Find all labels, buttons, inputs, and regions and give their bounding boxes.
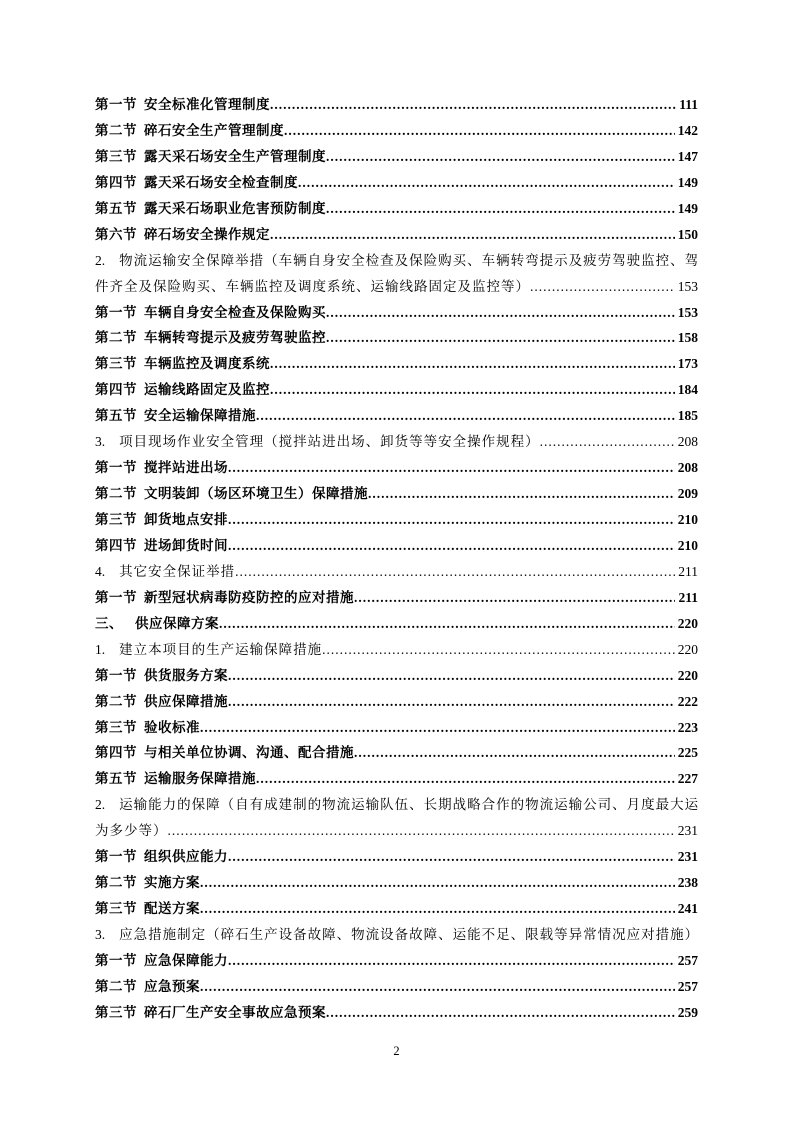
toc-entry-number: 第五节 xyxy=(95,196,137,222)
toc-entry[interactable]: 第六节碎石场安全操作规定150 xyxy=(95,222,698,248)
toc-entry[interactable]: 第三节露天采石场安全生产管理制度147 xyxy=(95,144,698,170)
toc-entry-number: 第二节 xyxy=(95,974,137,1000)
toc-entry[interactable]: 3.应急措施制定（碎石生产设备故障、物流设备故障、运能不足、限载等异常情况应对措… xyxy=(95,922,698,948)
toc-leader-dots xyxy=(326,196,675,222)
toc-entry-title: 物流运输安全保障举措（车辆自身安全检查及保险购买、车辆转弯提示及疲劳驾驶监控、驾… xyxy=(119,253,698,268)
toc-entry-number: 第三节 xyxy=(95,507,137,533)
toc-entry-number: 第一节 xyxy=(95,585,137,611)
toc-entry-page-number: 147 xyxy=(675,144,698,170)
toc-entry[interactable]: 第一节应急保障能力257 xyxy=(95,948,698,974)
toc-entry-title-continued: 为多少等） xyxy=(95,818,168,844)
toc-entry-number: 第一节 xyxy=(95,92,137,118)
toc-entry-title: 项目现场作业安全管理（搅拌站进出场、卸货等等安全操作规程） xyxy=(119,429,540,455)
toc-entry-number: 第六节 xyxy=(95,222,137,248)
toc-entry-title: 组织供应能力 xyxy=(144,844,228,870)
toc-entry-number: 第四节 xyxy=(95,533,137,559)
toc-entry[interactable]: 第二节车辆转弯提示及疲劳驾驶监控158 xyxy=(95,325,698,351)
toc-entry-page-number: 227 xyxy=(675,766,698,792)
toc-entry[interactable]: 第一节搅拌站进出场208 xyxy=(95,455,698,481)
page-footer: 2 xyxy=(0,1038,793,1064)
toc-entry-page-number: 150 xyxy=(675,222,698,248)
toc-entry-title: 碎石场安全操作规定 xyxy=(144,222,270,248)
toc-entry-number: 第二节 xyxy=(95,689,137,715)
toc-entry-number: 第三节 xyxy=(95,144,137,170)
toc-entry-title: 实施方案 xyxy=(144,870,200,896)
toc-leader-dots xyxy=(284,118,675,144)
toc-entry[interactable]: 第四节进场卸货时间210 xyxy=(95,533,698,559)
toc-entry-title: 应急预案 xyxy=(144,974,200,1000)
toc-entry-title: 卸货地点安排 xyxy=(144,507,228,533)
toc-leader-dots xyxy=(326,144,675,170)
toc-entry-number: 第三节 xyxy=(95,351,137,377)
toc-entry-title: 应急保障能力 xyxy=(144,948,228,974)
toc-entry[interactable]: 第五节运输服务保障措施227 xyxy=(95,766,698,792)
toc-entry-number: 第一节 xyxy=(95,948,137,974)
toc-entry-number: 3. xyxy=(95,922,105,948)
toc-entry-page-number: 210 xyxy=(675,507,698,533)
toc-entry-number: 三、 xyxy=(95,611,123,637)
toc-entry-number: 第五节 xyxy=(95,403,137,429)
toc-entry-page-number: 111 xyxy=(676,92,698,118)
toc-entry-number: 第二节 xyxy=(95,870,137,896)
toc-entry[interactable]: 第四节运输线路固定及监控184 xyxy=(95,377,698,403)
toc-entry-number: 第一节 xyxy=(95,300,137,326)
toc-entry-page-number: 238 xyxy=(675,870,698,896)
toc-entry-title: 供应保障方案 xyxy=(135,611,219,637)
toc-entry[interactable]: 第一节车辆自身安全检查及保险购买153 xyxy=(95,300,698,326)
toc-leader-dots xyxy=(219,611,675,637)
toc-entry[interactable]: 第一节安全标准化管理制度111 xyxy=(95,92,698,118)
toc-leader-dots xyxy=(228,948,675,974)
toc-entry[interactable]: 第四节与相关单位协调、沟通、配合措施225 xyxy=(95,740,698,766)
toc-entry-number: 第四节 xyxy=(95,377,137,403)
toc-entry[interactable]: 第三节车辆监控及调度系统173 xyxy=(95,351,698,377)
toc-entry-title: 应急措施制定（碎石生产设备故障、物流设备故障、运能不足、限载等异常情况应对措施） xyxy=(119,922,698,948)
toc-entry-page-number: 220 xyxy=(675,611,698,637)
toc-entry-page-number: 231 xyxy=(675,818,698,844)
toc-entry-page-number: 231 xyxy=(675,844,698,870)
toc-entry-title: 搅拌站进出场 xyxy=(144,455,228,481)
toc-leader-dots xyxy=(228,507,675,533)
toc-entry-number: 第二节 xyxy=(95,481,137,507)
toc-entry-number: 第五节 xyxy=(95,766,137,792)
toc-leader-dots xyxy=(326,300,675,326)
toc-entry[interactable]: 2.物流运输安全保障举措（车辆自身安全检查及保险购买、车辆转弯提示及疲劳驾驶监控… xyxy=(95,248,698,300)
toc-leader-dots xyxy=(530,274,675,300)
toc-leader-dots xyxy=(200,896,675,922)
toc-entry-page-number: 211 xyxy=(675,585,698,611)
toc-entry[interactable]: 第五节露天采石场职业危害预防制度149 xyxy=(95,196,698,222)
toc-entry-number: 2. xyxy=(95,797,105,812)
toc-leader-dots xyxy=(168,818,675,844)
toc-leader-dots xyxy=(322,637,675,663)
toc-entry-page-number: 222 xyxy=(675,689,698,715)
toc-entry-page-number: 208 xyxy=(675,455,698,481)
toc-leader-dots xyxy=(200,870,675,896)
toc-entry-title: 建立本项目的生产运输保障措施 xyxy=(119,637,322,663)
toc-entry[interactable]: 第二节应急预案257 xyxy=(95,974,698,1000)
toc-leader-dots xyxy=(326,1000,675,1026)
toc-entry-title: 碎石安全生产管理制度 xyxy=(144,118,284,144)
toc-entry-page-number: 257 xyxy=(675,948,698,974)
toc-entry[interactable]: 第三节卸货地点安排210 xyxy=(95,507,698,533)
toc-entry-title: 验收标准 xyxy=(144,715,200,741)
toc-leader-dots xyxy=(228,455,675,481)
toc-entry-page-number: 210 xyxy=(675,533,698,559)
toc-leader-dots xyxy=(354,585,675,611)
toc-entry-page-number: 173 xyxy=(675,351,698,377)
toc-entry-number: 2. xyxy=(95,253,105,268)
toc-entry[interactable]: 2.运输能力的保障（自有成建制的物流运输队伍、长期战略合作的物流运输公司、月度最… xyxy=(95,792,698,844)
toc-leader-dots xyxy=(200,974,675,1000)
toc-entry-page-number: 185 xyxy=(675,403,698,429)
toc-leader-dots xyxy=(270,222,675,248)
toc-entry-title: 其它安全保证举措 xyxy=(119,559,235,585)
toc-leader-dots xyxy=(256,766,675,792)
toc-entry-title: 配送方案 xyxy=(144,896,200,922)
toc-entry-page-number: 149 xyxy=(675,170,698,196)
toc-entry-title-continued: 件齐全及保险购买、车辆监控及调度系统、运输线路固定及监控等） xyxy=(95,274,530,300)
toc-entry-title: 运输能力的保障（自有成建制的物流运输队伍、长期战略合作的物流运输公司、月度最大运… xyxy=(119,797,698,812)
toc-entry-page-number: 259 xyxy=(675,1000,698,1026)
toc-leader-dots xyxy=(235,559,675,585)
toc-entry-title: 新型冠状病毒防疫防控的应对措施 xyxy=(144,585,354,611)
toc-entry-line-1: 2.运输能力的保障（自有成建制的物流运输队伍、长期战略合作的物流运输公司、月度最… xyxy=(95,792,698,818)
toc-leader-dots xyxy=(298,170,675,196)
toc-entry-page-number: 153 xyxy=(675,300,698,326)
toc-entry-page-number: 158 xyxy=(675,325,698,351)
toc-entry-number: 第四节 xyxy=(95,170,137,196)
toc-entry-title: 供货服务方案 xyxy=(144,663,228,689)
toc-entry-title: 车辆转弯提示及疲劳驾驶监控 xyxy=(144,325,326,351)
toc-leader-dots xyxy=(368,481,675,507)
toc-entry[interactable]: 第一节组织供应能力231 xyxy=(95,844,698,870)
toc-leader-dots xyxy=(200,715,675,741)
toc-entry-number: 4. xyxy=(95,559,105,585)
toc-entry[interactable]: 第一节供货服务方案220 xyxy=(95,663,698,689)
toc-entry-title: 露天采石场职业危害预防制度 xyxy=(144,196,326,222)
toc-entry-number: 第三节 xyxy=(95,1000,137,1026)
toc-entry-line-2: 件齐全及保险购买、车辆监控及调度系统、运输线路固定及监控等）153 xyxy=(95,274,698,300)
toc-entry-title: 安全标准化管理制度 xyxy=(144,92,270,118)
toc-entry[interactable]: 第二节供应保障措施222 xyxy=(95,689,698,715)
toc-entry[interactable]: 第三节配送方案241 xyxy=(95,896,698,922)
toc-entry-page-number: 142 xyxy=(675,118,698,144)
toc-entry-line-2: 为多少等）231 xyxy=(95,818,698,844)
toc-entry-page-number: 241 xyxy=(675,896,698,922)
toc-entry[interactable]: 第二节实施方案238 xyxy=(95,870,698,896)
toc-entry-number: 第一节 xyxy=(95,663,137,689)
toc-entry[interactable]: 第五节安全运输保障措施185 xyxy=(95,403,698,429)
toc-entry-page-number: 209 xyxy=(675,481,698,507)
toc-entry[interactable]: 4.其它安全保证举措211 xyxy=(95,559,698,585)
toc-entry-page-number: 257 xyxy=(675,974,698,1000)
toc-entry-page-number: 211 xyxy=(675,559,698,585)
toc-entry-title: 运输线路固定及监控 xyxy=(144,377,270,403)
toc-entry-line-1: 2.物流运输安全保障举措（车辆自身安全检查及保险购买、车辆转弯提示及疲劳驾驶监控… xyxy=(95,248,698,274)
toc-entry-number: 第一节 xyxy=(95,455,137,481)
toc-leader-dots xyxy=(228,663,675,689)
toc-entry-title: 车辆自身安全检查及保险购买 xyxy=(144,300,326,326)
toc-leader-dots xyxy=(354,740,675,766)
toc-leader-dots xyxy=(228,533,675,559)
footer-page-number: 2 xyxy=(393,1044,399,1058)
toc-entry-page-number: 223 xyxy=(675,715,698,741)
toc-leader-dots xyxy=(540,429,675,455)
toc-entry-number: 第三节 xyxy=(95,715,137,741)
toc-entry-number: 第二节 xyxy=(95,118,137,144)
toc-entry-page-number: 225 xyxy=(675,740,698,766)
toc-entry[interactable]: 第一节新型冠状病毒防疫防控的应对措施211 xyxy=(95,585,698,611)
toc-entry-number: 第三节 xyxy=(95,896,137,922)
toc-entry[interactable]: 第四节露天采石场安全检查制度149 xyxy=(95,170,698,196)
toc-entry-number: 1. xyxy=(95,637,105,663)
toc-entry-number: 3. xyxy=(95,429,105,455)
toc-entry-title: 碎石厂生产安全事故应急预案 xyxy=(144,1000,326,1026)
toc-entry-page-number: 184 xyxy=(675,377,698,403)
toc-entry[interactable]: 第三节碎石厂生产安全事故应急预案259 xyxy=(95,1000,698,1026)
toc-leader-dots xyxy=(270,92,676,118)
toc-entry-title: 与相关单位协调、沟通、配合措施 xyxy=(144,740,354,766)
toc-entry[interactable]: 第三节验收标准223 xyxy=(95,715,698,741)
toc-entry[interactable]: 第二节碎石安全生产管理制度142 xyxy=(95,118,698,144)
toc-leader-dots xyxy=(270,351,675,377)
toc-entry-page-number: 153 xyxy=(675,274,698,300)
toc-entry-number: 第二节 xyxy=(95,325,137,351)
toc-entry-number: 第一节 xyxy=(95,844,137,870)
toc-leader-dots xyxy=(228,689,675,715)
toc-entry[interactable]: 三、供应保障方案220 xyxy=(95,611,698,637)
toc-entry-title: 安全运输保障措施 xyxy=(144,403,256,429)
toc-entry-number: 第四节 xyxy=(95,740,137,766)
toc-entry[interactable]: 1.建立本项目的生产运输保障措施220 xyxy=(95,637,698,663)
toc-entry-title: 露天采石场安全生产管理制度 xyxy=(144,144,326,170)
toc-list: 第一节安全标准化管理制度111第二节碎石安全生产管理制度142第三节露天采石场安… xyxy=(95,92,698,1026)
toc-entry-title: 露天采石场安全检查制度 xyxy=(144,170,298,196)
toc-entry[interactable]: 3.项目现场作业安全管理（搅拌站进出场、卸货等等安全操作规程）208 xyxy=(95,429,698,455)
toc-entry-page-number: 149 xyxy=(675,196,698,222)
toc-leader-dots xyxy=(326,325,675,351)
toc-entry-page-number: 220 xyxy=(675,637,698,663)
toc-entry[interactable]: 第二节文明装卸（场区环境卫生）保障措施209 xyxy=(95,481,698,507)
toc-entry-title: 车辆监控及调度系统 xyxy=(144,351,270,377)
toc-entry-page-number: 220 xyxy=(675,663,698,689)
toc-entry-title: 文明装卸（场区环境卫生）保障措施 xyxy=(144,481,368,507)
toc-leader-dots xyxy=(228,844,675,870)
toc-leader-dots xyxy=(270,377,675,403)
document-page: 第一节安全标准化管理制度111第二节碎石安全生产管理制度142第三节露天采石场安… xyxy=(0,0,793,1122)
toc-entry-title: 供应保障措施 xyxy=(144,689,228,715)
toc-entry-page-number: 208 xyxy=(675,429,698,455)
toc-entry-title: 运输服务保障措施 xyxy=(144,766,256,792)
toc-entry-title: 进场卸货时间 xyxy=(144,533,228,559)
toc-leader-dots xyxy=(256,403,675,429)
